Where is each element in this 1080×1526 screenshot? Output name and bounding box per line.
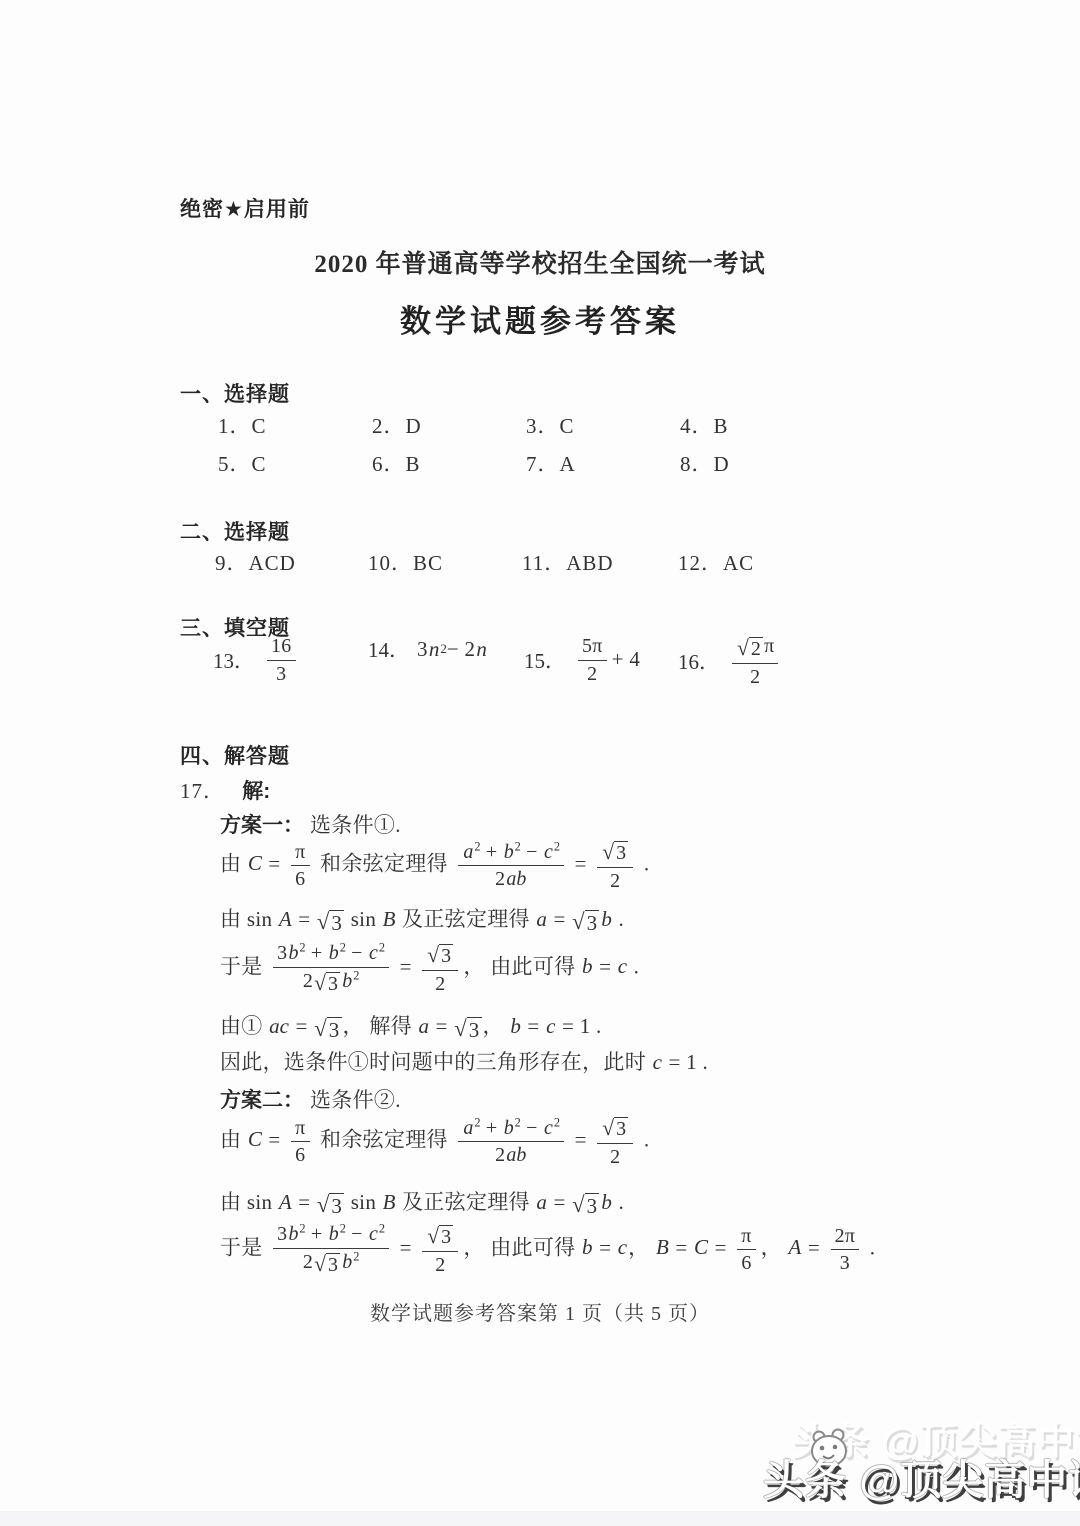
answer-item: 11．ABD	[522, 547, 614, 577]
plan-1-heading: 方案一：选条件①.	[220, 811, 401, 840]
fill-item: 14． 3n2 − 2n	[368, 634, 488, 664]
scanned-answer-sheet-page: 绝密★启用前 2020 年普通高等学校招生全国统一考试 数学试题参考答案 一、选…	[0, 0, 1080, 1526]
answer-item: 10．BC	[368, 547, 443, 577]
answer-item: 1．C	[218, 410, 267, 440]
answer-item: 4．B	[680, 410, 729, 440]
solution-line: 由 sin A = √3 sin B 及正弦定理得 a = √3b .	[220, 905, 624, 935]
fill-item-number: 15．	[524, 645, 566, 675]
fill-item: 16． √2π2	[678, 634, 783, 689]
solution-line: 于是 3b2 + b2 − c22√3b2 = √32， 由此可得 b = c，…	[220, 1222, 875, 1277]
section-heading-choice-1: 一、选择题	[180, 378, 290, 408]
question-17-label: 17． 解:	[180, 777, 276, 806]
fill-item: 15． 5π2 + 4	[524, 634, 640, 686]
answer-item: 9．ACD	[215, 547, 296, 577]
answer-item: 3．C	[526, 410, 575, 440]
solution-line: 于是 3b2 + b2 − c22√3b2 = √32， 由此可得 b = c …	[220, 941, 639, 996]
fill-item-number: 14．	[368, 634, 410, 664]
plan-2-heading: 方案二：选条件②.	[220, 1086, 401, 1115]
answer-key-title: 数学试题参考答案	[0, 296, 1080, 341]
solution-line: 由① ac = √3， 解得 a = √3， b = c = 1 .	[220, 1012, 602, 1042]
fill-item-answer: 3n2 − 2n	[417, 637, 488, 662]
fill-item-answer: 5π2 + 4	[573, 634, 640, 686]
section-heading-choice-2: 二、选择题	[180, 516, 290, 546]
watermark: 头条 @顶尖高中试卷库	[763, 1447, 1080, 1506]
answer-item: 8．D	[680, 448, 730, 478]
answer-item: 12．AC	[678, 547, 754, 577]
answer-item: 6．B	[372, 448, 421, 478]
answer-item: 7．A	[526, 448, 576, 478]
solution-line: 由 C = π6 和余弦定理得 a2 + b2 − c22ab = √32 .	[220, 1114, 649, 1169]
fill-item: 13． 163	[213, 634, 301, 686]
question-number: 17．	[180, 779, 225, 803]
classification-banner: 绝密★启用前	[180, 193, 310, 223]
fill-item-answer: √2π2	[727, 634, 783, 689]
fill-item-number: 13．	[213, 645, 255, 675]
solution-line: 由 C = π6 和余弦定理得 a2 + b2 − c22ab = √32 .	[220, 838, 649, 893]
solution-line: 由 sin A = √3 sin B 及正弦定理得 a = √3b .	[220, 1188, 624, 1218]
fill-item-answer: 163	[262, 634, 301, 686]
solution-label: 解:	[242, 780, 270, 803]
section-heading-solve: 四、解答题	[180, 740, 290, 770]
footer-page-number: 数学试题参考答案第 1 页（共 5 页）	[0, 1297, 1080, 1326]
exam-title: 2020 年普通高等学校招生全国统一考试	[0, 244, 1080, 280]
answer-item: 2．D	[372, 410, 422, 440]
solution-line: 因此，选条件①时问题中的三角形存在，此时 c = 1 .	[220, 1048, 708, 1076]
scan-edge-band	[0, 1511, 1080, 1526]
fill-item-number: 16．	[678, 646, 720, 676]
answer-item: 5．C	[218, 448, 267, 478]
